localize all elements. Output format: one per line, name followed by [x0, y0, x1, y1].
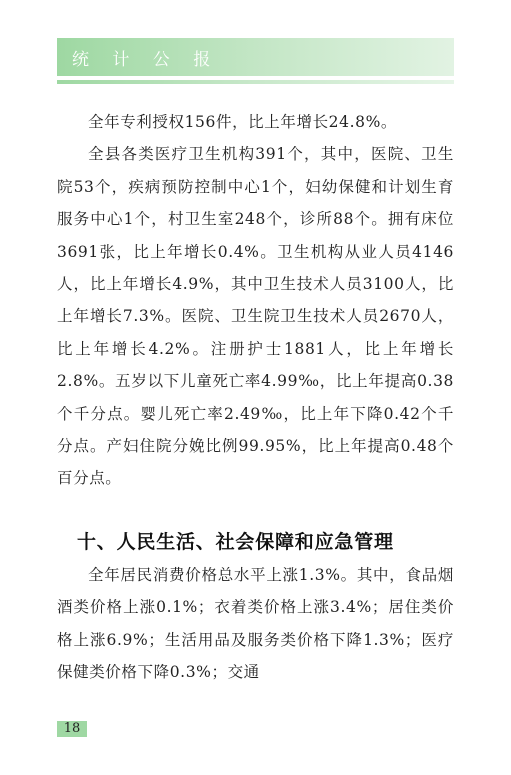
paragraph-patents: 全年专利授权156件，比上年增长24.8%。	[57, 106, 454, 138]
paragraph-prices: 全年居民消费价格总水平上涨1.3%。其中，食品烟酒类价格上涨0.1%；衣着类价格…	[57, 559, 454, 689]
header-divider	[57, 80, 454, 84]
document-body: 全年专利授权156件，比上年增长24.8%。 全县各类医疗卫生机构391个，其中…	[57, 106, 454, 689]
header-title: 统 计 公 报	[72, 45, 219, 70]
header-bar: 统 计 公 报	[57, 38, 454, 76]
page-number-badge: 18	[57, 721, 87, 737]
section-heading: 十、人民生活、社会保障和应急管理	[57, 525, 454, 559]
paragraph-health: 全县各类医疗卫生机构391个，其中，医院、卫生院53个，疾病预防控制中心1个，妇…	[57, 138, 454, 494]
